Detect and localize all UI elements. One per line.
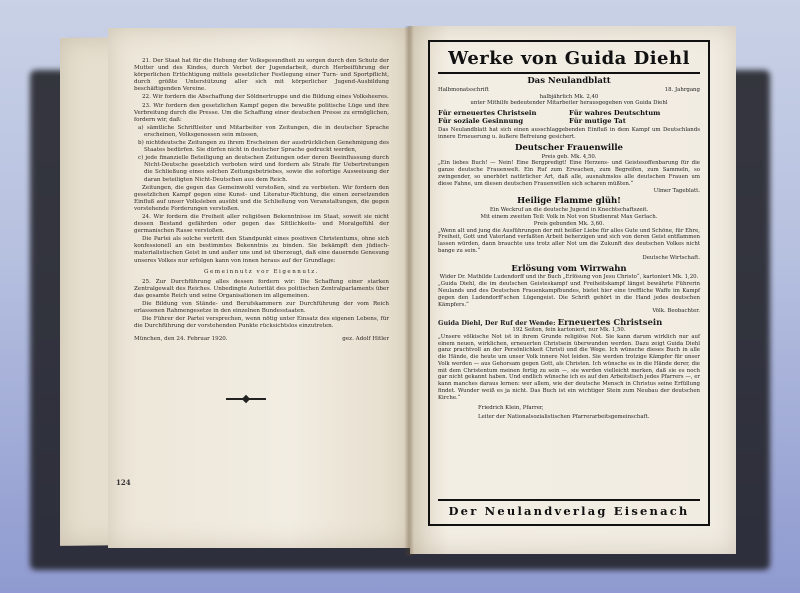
right-page: Werke von Guida Diehl Das NeulandblattHa… xyxy=(410,26,736,554)
program-paragraph: Zeitungen, die gegen das Gemeinwohl vers… xyxy=(134,185,389,213)
ad-section-heading: Das Neulandblatt xyxy=(438,78,700,85)
ad-slogan: Für erneuertes Christsein xyxy=(438,109,569,117)
program-subheading: Gemeinnutz vor Eigennutz. xyxy=(134,269,389,276)
ad-section-heading: Heilige Flamme glüh! xyxy=(438,198,700,205)
program-paragraph: 23. Wir fordern den gesetzlichen Kampf g… xyxy=(134,103,389,124)
program-paragraph: b) nichtdeutsche Zeitungen zu ihrem Ersc… xyxy=(134,140,389,154)
ad-signature-title: Leiter der Nationalsozialistischen Pfarr… xyxy=(438,414,700,421)
program-paragraph: c) jede finanzielle Beteiligung an deuts… xyxy=(134,155,389,183)
ad-body: „Wenn alt und jung die Ausführungen der … xyxy=(438,228,700,255)
place-date: München, den 24. Februar 1920. xyxy=(134,336,228,343)
signature-line: München, den 24. Februar 1920.gez. Adolf… xyxy=(134,336,389,343)
ad-section: Das NeulandblattHalbmonatsschrift18. Jah… xyxy=(438,78,700,141)
ornament-divider xyxy=(226,398,266,400)
ad-byline: unter Mithilfe bedeutender Mitarbeiter h… xyxy=(438,100,700,107)
ad-body: „Guida Diehl, die im deutschen Geisteska… xyxy=(438,281,700,308)
ad-price: halbjährlich Mk. 2,40 xyxy=(438,94,700,101)
ad-source: Deutsche Wirtschaft. xyxy=(438,255,700,262)
program-paragraph: 24. Wir fordern die Freiheit aller relig… xyxy=(134,214,389,235)
ad-section: Heilige Flamme glüh!Ein Weckruf an die d… xyxy=(438,198,700,261)
ad-slogans: Für erneuertes ChristseinFür wahres Deut… xyxy=(438,109,700,125)
signature: gez. Adolf Hitler xyxy=(342,336,389,343)
program-paragraph: Die Führer der Partei versprechen, wenn … xyxy=(134,316,389,330)
ad-subtitle: Mit einem zweiten Teil: Volk in Not von … xyxy=(438,214,700,221)
left-page: 21. Der Staat hat für die Hebung der Vol… xyxy=(108,28,410,548)
ad-meta-left: Halbmonatsschrift xyxy=(438,87,489,94)
ad-section: Deutscher FrauenwillePreis geb. Mk. 4,50… xyxy=(438,145,700,195)
ad-title: Werke von Guida Diehl xyxy=(438,48,700,74)
program-paragraph: a) sämtliche Schriftleiter und Mitarbeit… xyxy=(134,125,389,139)
program-text: 21. Der Staat hat für die Hebung der Vol… xyxy=(134,58,389,343)
program-paragraph: 22. Wir fordern die Abschaffung der Söld… xyxy=(134,94,389,101)
publisher-imprint: Der Neulandverlag Eisenach xyxy=(438,499,700,518)
ad-section-heading: Erlösung vom Wirrwahn xyxy=(438,266,700,273)
ad-slogan: Für mutige Tat xyxy=(569,117,700,125)
ad-slogan: Für soziale Gesinnung xyxy=(438,117,569,125)
ad-source: Ulmer Tageblatt. xyxy=(438,188,700,195)
ad-section: Guida Diehl, Der Ruf der Wende: Erneuert… xyxy=(438,320,700,421)
archival-note: Historical document photograph: open boo… xyxy=(0,0,1,1)
ad-subtitle: Wider Dr. Mathilde Ludendorff und ihr Bu… xyxy=(438,274,700,281)
ad-slogan: Für wahres Deutschtum xyxy=(569,109,700,117)
ad-section-heading: Guida Diehl, Der Ruf der Wende: Erneuert… xyxy=(438,320,700,327)
ad-meta-row: Halbmonatsschrift18. Jahrgang xyxy=(438,87,700,94)
ad-sections: Das NeulandblattHalbmonatsschrift18. Jah… xyxy=(438,78,700,421)
ad-subtitle: Ein Weckruf an die deutsche Jugend in Kn… xyxy=(438,207,700,214)
advertisement-frame: Werke von Guida Diehl Das NeulandblattHa… xyxy=(428,40,710,526)
program-paragraph: 25. Zur Durchführung alles dessen forder… xyxy=(134,279,389,300)
ad-meta-right: 18. Jahrgang xyxy=(665,87,700,94)
ad-price: Preis geb. Mk. 4,50. xyxy=(438,154,700,161)
book-spine xyxy=(404,26,414,556)
program-paragraph: Die Partei als solche vertritt den Stand… xyxy=(134,236,389,264)
program-paragraph: 21. Der Staat hat für die Hebung der Vol… xyxy=(134,58,389,93)
ad-section: Erlösung vom WirrwahnWider Dr. Mathilde … xyxy=(438,266,700,316)
page-number: 124 xyxy=(116,478,131,487)
ad-body: Das Neulandblatt hat sich einen ausschla… xyxy=(438,127,700,141)
ad-source: Völk. Beobachter. xyxy=(438,308,700,315)
ad-body: „Unsere völkische Not ist in ihrem Grund… xyxy=(438,334,700,402)
ad-section-heading: Deutscher Frauenwille xyxy=(438,145,700,152)
ad-signature-name: Friedrich Klein, Pfarrer, xyxy=(438,405,700,412)
program-paragraph: Die Bildung von Stände- und Berufskammer… xyxy=(134,301,389,315)
ad-price: Preis gebunden Mk. 3,60. xyxy=(438,221,700,228)
ad-body: „Ein liebes Buch! — Nein! Eine Bergpredi… xyxy=(438,160,700,187)
